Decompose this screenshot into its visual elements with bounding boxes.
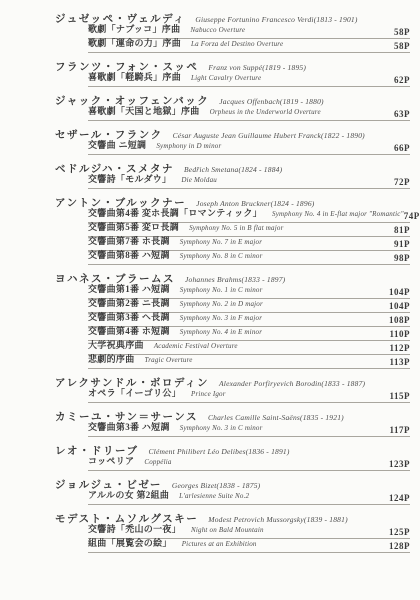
work-title-ja: 歌劇「運命の力」序曲 (88, 38, 181, 48)
work-titles: 喜歌劇「軽騎兵」序曲 Light Cavalry Overture (88, 67, 261, 85)
composer-section: アレクサンドル・ボロディン Alexander Porfiryevich Bor… (0, 375, 410, 403)
work-title-en: Orpheus in the Underworld Overture (210, 108, 321, 116)
work-page-number: 112P (389, 343, 410, 353)
work-page-number: 128P (389, 541, 410, 551)
work-title-ja: 交響曲第3番 ハ短調 (88, 422, 170, 432)
work-page-number: 110P (389, 329, 410, 339)
work-page-number: 66P (394, 143, 410, 153)
work-page-number: 58P (394, 41, 410, 51)
work-page-number: 123P (389, 459, 410, 469)
work-title-ja: 組曲「展覧会の絵」 (88, 538, 172, 548)
work-row: 喜歌劇「軽騎兵」序曲 Light Cavalry Overture 62P (88, 73, 410, 87)
work-title-en: Pictures at an Exhibition (182, 540, 257, 548)
work-title-en: L'arlesienne Suite No.2 (179, 492, 249, 500)
composer-section: モデスト・ムソルグスキー Modest Petrovich Mussorgsky… (0, 511, 410, 553)
work-title-en: Symphony No. 8 in C minor (180, 252, 263, 260)
work-titles: コッペリア Coppélia (88, 451, 172, 469)
work-title-en: Prince Igor (191, 390, 226, 398)
work-row: 悲劇的序曲 Tragic Overture 113P (88, 355, 410, 369)
work-page-number: 91P (394, 239, 410, 249)
work-page-number: 63P (394, 109, 410, 119)
work-page-number: 108P (389, 315, 410, 325)
work-page-number: 117P (389, 425, 410, 435)
composer-section: ヨハネス・ブラームス Johannes Brahms(1833 - 1897) … (0, 271, 410, 369)
work-title-en: Symphony No. 3 in C minor (180, 424, 263, 432)
work-title-en: Die Moldau (181, 176, 217, 184)
work-page-number: 98P (394, 253, 410, 263)
work-page-number: 115P (389, 391, 410, 401)
work-titles: 悲劇的序曲 Tragic Overture (88, 349, 193, 367)
work-title-ja: 交響曲 ニ短調 (88, 140, 146, 150)
work-page-number: 125P (389, 527, 410, 537)
composer-section: セザール・フランク César Auguste Jean Guillaume H… (0, 127, 410, 155)
work-page-number: 113P (389, 357, 410, 367)
work-row: 交響曲第8番 ハ短調 Symphony No. 8 in C minor 98P (88, 251, 410, 265)
work-title-ja: 悲劇的序曲 (88, 354, 135, 364)
work-page-number: 104P (389, 287, 410, 297)
work-page-number: 104P (389, 301, 410, 311)
work-title-ja: コッペリア (88, 456, 134, 466)
work-titles: 歌劇「運命の力」序曲 La Forza del Destino Overture (88, 33, 283, 51)
work-page-number: 81P (394, 225, 410, 235)
work-row: 歌劇「運命の力」序曲 La Forza del Destino Overture… (88, 39, 410, 53)
work-title-en: Tragic Overture (145, 356, 193, 364)
work-row: 交響曲 ニ短調 Symphony in D minor 66P (88, 141, 410, 155)
composer-name-en: Alexander Porfiryevich Borodin(1833 - 18… (219, 379, 365, 388)
work-title-ja: オペラ「イーゴリ公」 (88, 388, 181, 398)
work-title-ja: 喜歌劇「天国と地獄」序曲 (88, 106, 200, 116)
work-row: 組曲「展覧会の絵」 Pictures at an Exhibition 128P (88, 539, 410, 553)
composer-section: レオ・ドリーブ Clément Philibert Léo Delibes(18… (0, 443, 410, 471)
work-titles: 交響曲第8番 ハ短調 Symphony No. 8 in C minor (88, 245, 263, 263)
work-row: コッペリア Coppélia 123P (88, 457, 410, 471)
work-row: 交響曲第3番 ハ短調 Symphony No. 3 in C minor 117… (88, 423, 410, 437)
toc-page: ジュゼッペ・ヴェルディ Giuseppe Fortunino Francesco… (0, 0, 420, 600)
composer-section: ジョルジュ・ビゼー Georges Bizet(1838 - 1875) アルル… (0, 477, 410, 505)
composer-section: フランツ・フォン・スッペ Franz von Suppé(1819 - 1895… (0, 59, 410, 87)
composer-section: ベドルジハ・スメタナ Bedřich Smetana(1824 - 1884) … (0, 161, 410, 189)
work-titles: 交響曲第3番 ハ短調 Symphony No. 3 in C minor (88, 417, 263, 435)
composer-section: ジュゼッペ・ヴェルディ Giuseppe Fortunino Francesco… (0, 11, 410, 53)
work-titles: アルルの女 第2組曲 L'arlesienne Suite No.2 (88, 485, 249, 503)
composer-section: アントン・ブルックナー Joseph Anton Bruckner(1824 -… (0, 195, 410, 265)
work-title-ja: 喜歌劇「軽騎兵」序曲 (88, 72, 181, 82)
work-page-number: 124P (389, 493, 410, 503)
work-row: オペラ「イーゴリ公」 Prince Igor 115P (88, 389, 410, 403)
work-page-number: 62P (394, 75, 410, 85)
work-title-en: Light Cavalry Overture (191, 74, 261, 82)
composer-section: カミーユ・サン＝サーンス Charles Camille Saint-Saëns… (0, 409, 410, 437)
work-title-en: La Forza del Destino Overture (191, 40, 283, 48)
work-page-number: 72P (394, 177, 410, 187)
work-title-ja: アルルの女 第2組曲 (88, 490, 169, 500)
work-titles: 喜歌劇「天国と地獄」序曲 Orpheus in the Underworld O… (88, 101, 321, 119)
work-title-en: Symphony in D minor (156, 142, 221, 150)
composer-header: レオ・ドリーブ Clément Philibert Léo Delibes(18… (0, 443, 410, 457)
work-titles: 交響詩「モルダウ」 Die Moldau (88, 169, 217, 187)
work-page-number: 74P (404, 211, 420, 221)
work-titles: 組曲「展覧会の絵」 Pictures at an Exhibition (88, 533, 257, 551)
work-title-ja: 交響曲第8番 ハ短調 (88, 250, 170, 260)
work-row: 喜歌劇「天国と地獄」序曲 Orpheus in the Underworld O… (88, 107, 410, 121)
work-titles: オペラ「イーゴリ公」 Prince Igor (88, 383, 226, 401)
work-title-en: Coppélia (144, 458, 171, 466)
work-row: アルルの女 第2組曲 L'arlesienne Suite No.2 124P (88, 491, 410, 505)
work-row: 交響詩「モルダウ」 Die Moldau 72P (88, 175, 410, 189)
work-title-ja: 交響詩「モルダウ」 (88, 174, 171, 184)
work-page-number: 58P (394, 27, 410, 37)
work-title-en: Symphony No. 4 in E-flat major "Romantic… (272, 210, 404, 218)
composer-section: ジャック・オッフェンバック Jacques Offenbach(1819 - 1… (0, 93, 410, 121)
work-titles: 交響曲 ニ短調 Symphony in D minor (88, 135, 221, 153)
